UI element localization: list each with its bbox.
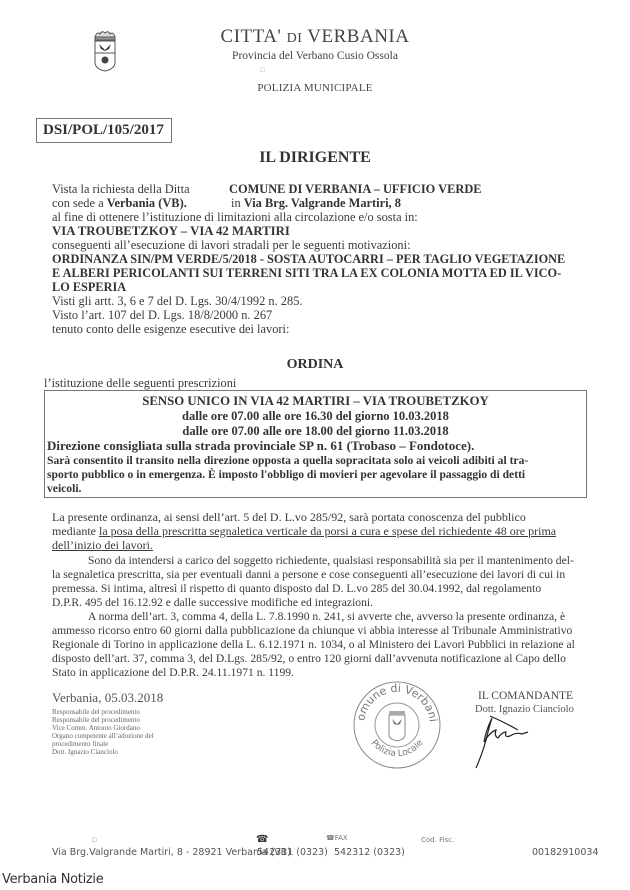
svg-text:Comune di Verbania: Comune di Verbania xyxy=(352,680,440,723)
place-and-date: Verbania, 05.03.2018 xyxy=(52,690,163,706)
responsible-line: Vice Comm. Antonio Giordano xyxy=(52,724,140,732)
appeal-paragraph: A norma dell’art. 3, comma 4, della L. 7… xyxy=(88,610,565,624)
requester-seat: con sede a Verbania (VB). xyxy=(52,196,187,210)
appeal-paragraph: Regionale di Torino in applicazione dell… xyxy=(52,638,575,652)
prescription-title: SENSO UNICO IN VIA 42 MARTIRI – VIA TROU… xyxy=(45,394,586,408)
prescription-detour: Direzione consigliata sulla strada provi… xyxy=(47,439,474,453)
affected-streets: VIA TROUBETZKOY – VIA 42 MARTIRI xyxy=(52,224,290,238)
footer-tax-code: 00182910034 xyxy=(532,847,599,858)
small-mark-icon: □ xyxy=(260,66,264,74)
request-label: Vista la richiesta della Ditta xyxy=(52,182,190,196)
responsible-line: Organo competente all’adozione del xyxy=(52,732,154,740)
tax-code-label: Cod. Fisc. xyxy=(421,836,454,844)
heading-dirigente: IL DIRIGENTE xyxy=(0,149,630,167)
publicity-paragraph: dell’inizio dei lavori. xyxy=(52,539,153,553)
province-subtitle: Provincia del Verbano Cusio Ossola xyxy=(0,50,630,62)
motivation-line: E ALBERI PERICOLANTI SUI TERRENI SITI TR… xyxy=(52,266,561,280)
appeal-paragraph: disposto dell’art. 37, comma 3, del D.Lg… xyxy=(52,652,566,666)
responsible-line: procedimento finale xyxy=(52,740,108,748)
prescriptions-box: SENSO UNICO IN VIA 42 MARTIRI – VIA TROU… xyxy=(44,390,587,498)
responsible-line: Responsabile del procedimento xyxy=(52,716,140,724)
heading-ordina: ORDINA xyxy=(0,357,630,373)
fax-label: ☎FAX xyxy=(326,834,348,842)
appeal-paragraph: Stato in applicazione del D.P.R. 24.11.1… xyxy=(52,666,294,680)
official-stamp-icon: Comune di Verbania Polizia Locale xyxy=(352,680,442,770)
responsible-line: Dott. Ignazio Cianciolo xyxy=(52,748,118,756)
signature-icon xyxy=(470,710,550,770)
prescription-note: Sarà consentito il transito nella direzi… xyxy=(47,454,528,468)
prescription-note: sporto pubblico o in emergenza. È impost… xyxy=(47,468,525,482)
fax-icon: ☎ xyxy=(326,834,335,842)
responsible-line: Responsabile del procedimento xyxy=(52,708,140,716)
legal-reference: Visto l’art. 107 del D. Lgs. 18/8/2000 n… xyxy=(52,308,272,322)
order-intro: l’istituzione delle seguenti prescrizion… xyxy=(44,376,236,390)
footer-fax: 542312 (0323) xyxy=(334,847,405,858)
city-title: CITTA' DI VERBANIA xyxy=(0,26,630,48)
motivation-intro: conseguenti all’esecuzione di lavori str… xyxy=(52,238,411,252)
prescription-time: dalle ore 07.00 alle ore 18.00 del giorn… xyxy=(45,424,586,438)
appeal-paragraph: ammesso ricorso entro 60 giorni dalla pu… xyxy=(52,624,572,638)
footer-phone: 542311 (0323) xyxy=(257,847,328,858)
responsibility-paragraph: Sono da intendersi a carico del soggetto… xyxy=(88,554,574,568)
commander-title: IL COMANDANTE xyxy=(478,690,573,702)
legal-reference: tenuto conto delle esigenze esecutive de… xyxy=(52,322,289,336)
address-icon: □ xyxy=(92,836,96,844)
publicity-paragraph: La presente ordinanza, ai sensi dell’art… xyxy=(52,511,526,525)
responsibility-paragraph: premessa. Si intima, altresì il rispetto… xyxy=(52,582,541,596)
publicity-paragraph: mediante la posa della prescritta segnal… xyxy=(52,525,556,539)
department-name: POLIZIA MUNICIPALE xyxy=(0,82,630,94)
prescription-time: dalle ore 07.00 alle ore 16.30 del giorn… xyxy=(45,409,586,423)
phone-icon: ☎ xyxy=(256,834,268,845)
requester-name: COMUNE DI VERBANIA – UFFICIO VERDE xyxy=(229,182,482,196)
requester-address: in Via Brg. Valgrande Martiri, 8 xyxy=(231,196,401,210)
motivation-line: ORDINANZA SIN/PM VERDE/5/2018 - SOSTA AU… xyxy=(52,252,565,266)
source-watermark: Verbania Notizie xyxy=(2,872,103,887)
footer-address: Via Brg.Valgrande Martiri, 8 - 28921 Ver… xyxy=(52,847,291,858)
motivation-line: LO ESPERIA xyxy=(52,280,126,294)
request-purpose: al fine di ottenere l’istituzione di lim… xyxy=(52,210,418,224)
responsibility-paragraph: D.P.R. 495 del 16.12.92 e dalle successi… xyxy=(52,596,373,610)
prescription-note: veicoli. xyxy=(47,482,81,496)
legal-reference: Visti gli artt. 3, 6 e 7 del D. Lgs. 30/… xyxy=(52,294,303,308)
protocol-number: DSI/POL/105/2017 xyxy=(36,118,172,143)
responsibility-paragraph: la segnaletica prescritta, sia per event… xyxy=(52,568,565,582)
